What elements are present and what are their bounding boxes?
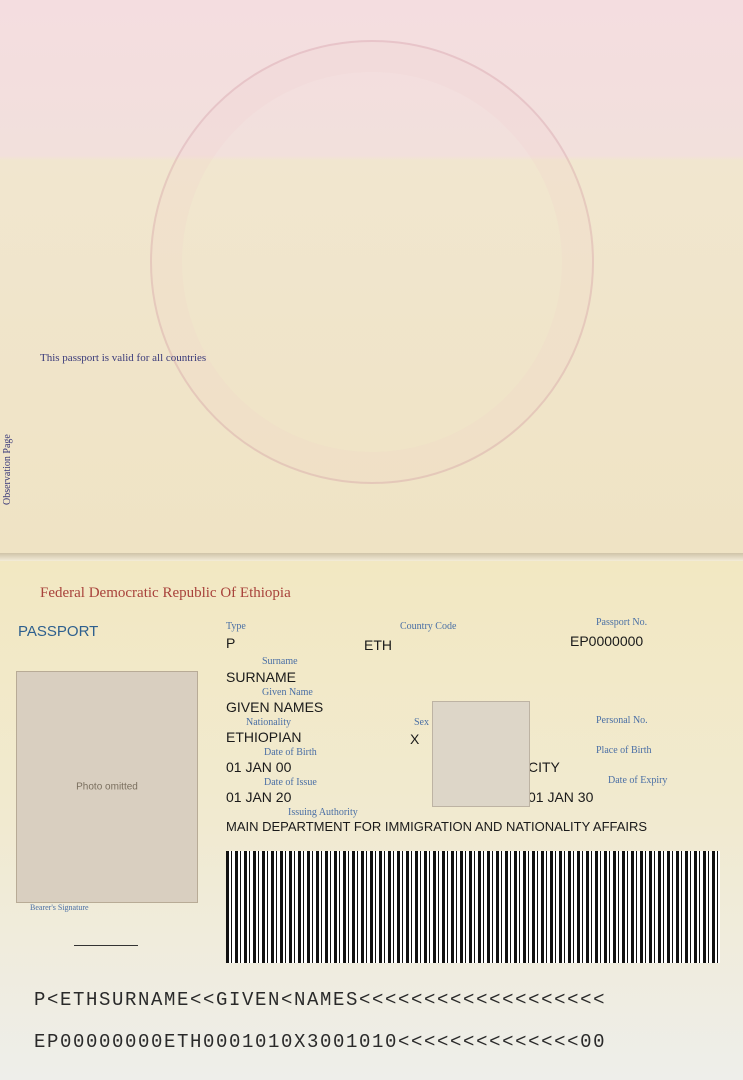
given-name-label: Given Name bbox=[262, 687, 313, 698]
validity-statement: This passport is valid for all countries bbox=[40, 352, 206, 364]
surname-value: SURNAME bbox=[226, 669, 296, 685]
nationality-value: ETHIOPIAN bbox=[226, 729, 301, 745]
type-value: P bbox=[226, 635, 235, 651]
document-label: PASSPORT bbox=[18, 623, 98, 640]
security-barcode bbox=[226, 851, 720, 963]
given-name-value: GIVEN NAMES bbox=[226, 699, 323, 715]
date-of-birth-value: 01 JAN 00 bbox=[226, 759, 291, 775]
guilloche-pattern bbox=[150, 40, 594, 484]
personal-no-label: Personal No. bbox=[596, 715, 648, 726]
date-of-expiry-label: Date of Expiry bbox=[608, 775, 667, 786]
surname-label: Surname bbox=[262, 656, 298, 667]
country-code-label: Country Code bbox=[400, 621, 456, 632]
issuer-title: Federal Democratic Republic Of Ethiopia bbox=[40, 585, 291, 602]
issuing-authority-value: MAIN DEPARTMENT FOR IMMIGRATION AND NATI… bbox=[226, 819, 647, 834]
nationality-label: Nationality bbox=[246, 717, 291, 728]
mrz-line-1: P<ETHSURNAME<<GIVEN<NAMES<<<<<<<<<<<<<<<… bbox=[34, 989, 606, 1011]
passport-no-value: EP0000000 bbox=[570, 633, 643, 649]
date-of-issue-value: 01 JAN 20 bbox=[226, 789, 291, 805]
passport-no-label: Passport No. bbox=[596, 617, 647, 628]
type-label: Type bbox=[226, 621, 246, 632]
signature-label: Bearer's Signature bbox=[30, 903, 89, 912]
signature-line bbox=[74, 917, 138, 946]
observation-page: This passport is valid for all countries… bbox=[0, 0, 743, 555]
data-page: Federal Democratic Republic Of Ethiopia … bbox=[0, 561, 743, 1080]
holder-photo-placeholder: Photo omitted bbox=[16, 671, 198, 903]
place-of-birth-label: Place of Birth bbox=[596, 745, 652, 756]
place-of-birth-value: CITY bbox=[528, 759, 560, 775]
date-of-issue-label: Date of Issue bbox=[264, 777, 317, 788]
date-of-expiry-value: 01 JAN 30 bbox=[528, 789, 593, 805]
sex-label: Sex bbox=[414, 717, 429, 728]
country-code-value: ETH bbox=[364, 637, 392, 653]
observation-page-label: Observation Page bbox=[2, 434, 13, 505]
sex-value: X bbox=[410, 731, 419, 747]
ghost-photo-placeholder bbox=[432, 701, 530, 807]
mrz-line-2: EP00000000ETH0001010X3001010<<<<<<<<<<<<… bbox=[34, 1031, 606, 1053]
date-of-birth-label: Date of Birth bbox=[264, 747, 317, 758]
page-fold bbox=[0, 553, 743, 561]
issuing-authority-label: Issuing Authority bbox=[288, 807, 358, 818]
